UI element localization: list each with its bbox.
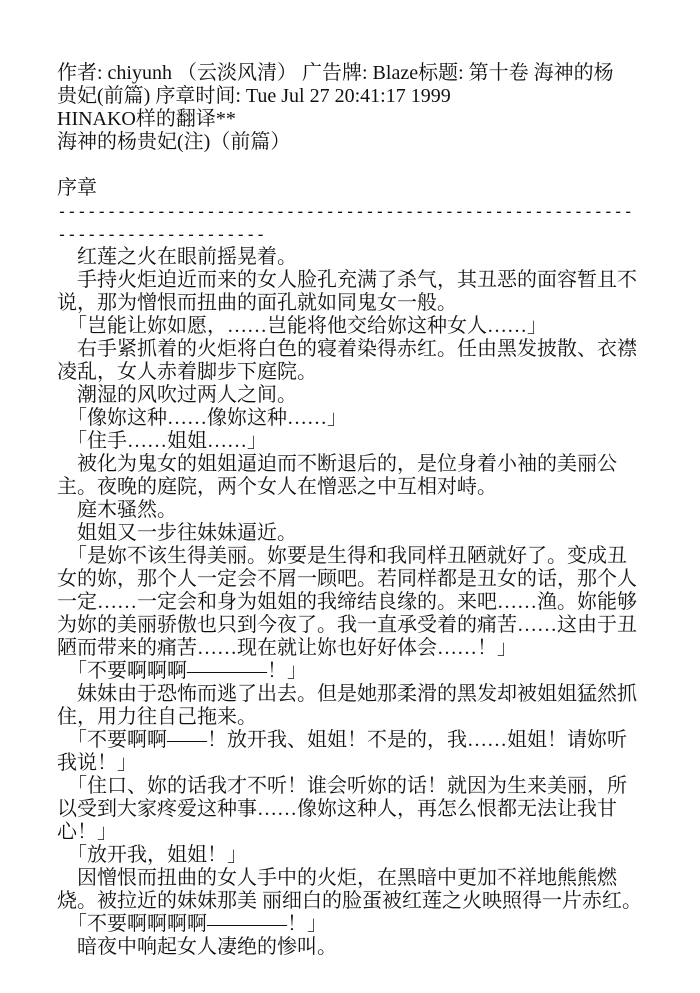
body-text-line: 凌乱，女人赤着脚步下庭院。 xyxy=(57,361,660,384)
title-line: 海神的杨贵妃(注)（前篇） xyxy=(57,131,660,154)
body-text-line: 我说！」 xyxy=(57,752,660,775)
body-text-line: 「像妳这种……像妳这种……」 xyxy=(57,407,660,430)
body-text-line: 一定……一定会和身为姐姐的我缔结良缘的。来吧……渔。妳能够 xyxy=(57,591,660,614)
body-text-line: 被化为鬼女的姐姐逼迫而不断退后的，是位身着小袖的美丽公 xyxy=(57,453,660,476)
body-text-line: 女的妳，那个人一定会不屑一顾吧。若同样都是丑女的话，那个人 xyxy=(57,568,660,591)
body-text-line: 暗夜中响起女人凄绝的惨叫。 xyxy=(57,936,660,959)
body-text-line: 心！」 xyxy=(57,821,660,844)
body-text-line: 潮湿的风吹过两人之间。 xyxy=(57,384,660,407)
blank-line xyxy=(57,154,660,177)
body-text-line: 住，用力往自己拖来。 xyxy=(57,706,660,729)
body-text-line: 「是妳不该生得美丽。妳要是生得和我同样丑陋就好了。变成丑 xyxy=(57,545,660,568)
body-text-line: 红莲之火在眼前摇晃着。 xyxy=(57,246,660,269)
body-text-line: 主。夜晚的庭院，两个女人在憎恶之中互相对峙。 xyxy=(57,476,660,499)
body-text-line: 说，那为憎恨而扭曲的面孔就如同鬼女一般。 xyxy=(57,292,660,315)
section-title: 序章 xyxy=(57,177,660,200)
separator-line: ----------------------------------------… xyxy=(57,200,660,223)
post-meta-line: 作者: chiyunh （云淡风清） 广告牌: Blaze标题: 第十卷 海神的… xyxy=(57,62,660,85)
body-text-line: 「岂能让妳如愿，……岂能将他交给妳这种女人……」 xyxy=(57,315,660,338)
body-text-line: 因憎恨而扭曲的女人手中的火炬，在黑暗中更加不祥地熊熊燃 xyxy=(57,867,660,890)
body-text-line: 姐姐又一步往妹妹逼近。 xyxy=(57,522,660,545)
separator-line: --------------------- xyxy=(57,223,660,246)
body-text-line: 「住手……姐姐……」 xyxy=(57,430,660,453)
body-text-line: 「不要啊啊啊啊————！」 xyxy=(57,913,660,936)
body-text-line: 陋而带来的痛苦……现在就让妳也好好体会……！」 xyxy=(57,637,660,660)
translator-credit-line: HINAKO样的翻译** xyxy=(57,108,660,131)
body-text-line: 手持火炬迫近而来的女人脸孔充满了杀气，其丑恶的面容暂且不 xyxy=(57,269,660,292)
body-text-line: 为妳的美丽骄傲也只到今夜了。我一直承受着的痛苦……这由于丑 xyxy=(57,614,660,637)
document-page: 作者: chiyunh （云淡风清） 广告牌: Blaze标题: 第十卷 海神的… xyxy=(0,0,700,993)
body-text-line: 妹妹由于恐怖而逃了出去。但是她那柔滑的黑发却被姐姐猛然抓 xyxy=(57,683,660,706)
body-text-line: 「不要啊啊——！放开我、姐姐！不是的，我……姐姐！请妳听 xyxy=(57,729,660,752)
body-text-line: 右手紧抓着的火炬将白色的寝着染得赤红。任由黑发披散、衣襟 xyxy=(57,338,660,361)
body-text-line: 以受到大家疼爱这种事……像妳这种人，再怎么恨都无法让我甘 xyxy=(57,798,660,821)
body-text-line: 「放开我，姐姐！」 xyxy=(57,844,660,867)
body-text-line: 烧。被拉近的妹妹那美 丽细白的脸蛋被红莲之火映照得一片赤红。 xyxy=(57,890,660,913)
post-meta-line: 贵妃(前篇) 序章时间: Tue Jul 27 20:41:17 1999 xyxy=(57,85,660,108)
body-text-line: 「不要啊啊啊————！」 xyxy=(57,660,660,683)
body-text-line: 「住口、妳的话我才不听！谁会听妳的话！就因为生来美丽，所 xyxy=(57,775,660,798)
body-text-line: 庭木骚然。 xyxy=(57,499,660,522)
